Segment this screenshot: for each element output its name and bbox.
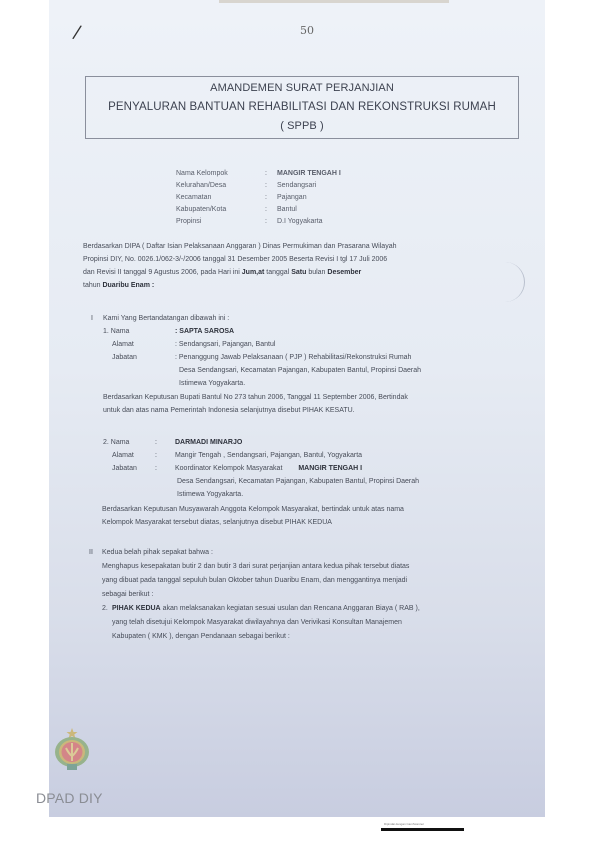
preamble-line-4: tahun Duaribu Enam :	[83, 281, 154, 291]
province-value: D.I Yogyakarta	[277, 218, 323, 225]
preamble-date: Satu	[291, 269, 306, 276]
preamble-line-3: dan Revisi II tanggal 9 Agustus 2006, pa…	[83, 268, 361, 278]
village-label: Kelurahan/Desa	[176, 182, 226, 189]
party-1-address: : Sendangsari, Pajangan, Bantul	[175, 340, 275, 350]
village-sep: :	[265, 182, 267, 189]
party-2-position-label: Jabatan	[112, 464, 137, 474]
item-2-number: 2.	[102, 604, 108, 614]
section-2-intro: Kedua belah pihak sepakat bahwa :	[102, 548, 213, 558]
preamble-text: tahun	[83, 282, 102, 289]
party-2-position-text: Koordinator Kelompok Masyarakat	[175, 465, 282, 472]
regency-label: Kabupaten/Kota	[176, 206, 226, 213]
page-number: 50	[300, 24, 314, 37]
district-sep: :	[265, 194, 267, 201]
section-2-para-line-1: Menghapus kesepakatan butir 2 dan butir …	[102, 562, 409, 572]
party-2-sep: :	[155, 438, 157, 448]
preamble-year: Duaribu Enam :	[102, 282, 154, 289]
party-1-position-line-3: Istimewa Yogyakarta.	[179, 379, 245, 389]
title-line-1: AMANDEMEN SURAT PERJANJIAN	[86, 79, 518, 98]
party-1-position-line-1: : Penanggung Jawab Pelaksanaan ( PJP ) R…	[175, 353, 411, 363]
section-2-para-line-3: sebagai berikut :	[102, 590, 153, 600]
group-label: Nama Kelompok	[176, 170, 228, 177]
party-1-address-label: Alamat	[112, 340, 134, 350]
preamble-month: Desember	[327, 269, 361, 276]
village-value: Sendangsari	[277, 182, 316, 189]
preamble-line-1: Berdasarkan DIPA ( Daftar Isian Pelaksan…	[83, 242, 396, 252]
item-2-line-3: Kabupaten ( KMK ), dengan Pendanaan seba…	[112, 632, 290, 642]
party-2-position-line-2: Desa Sendangsari, Kecamatan Pajangan, Ka…	[177, 477, 419, 487]
party-2-address: Mangir Tengah , Sendangsari, Pajangan, B…	[175, 451, 362, 461]
party-2-sep: :	[155, 451, 157, 461]
item-2-line-1: PIHAK KEDUA akan melaksanakan kegiatan s…	[112, 604, 420, 614]
preamble-text: bulan	[306, 269, 327, 276]
item-2-party: PIHAK KEDUA	[112, 605, 161, 612]
province-label: Propinsi	[176, 218, 201, 225]
section-1-numeral: I	[91, 314, 93, 324]
section-2-para-line-2: yang dibuat pada tanggal sepuluh bulan O…	[102, 576, 407, 586]
footer-rule	[381, 828, 464, 831]
party-1-position-label: Jabatan	[112, 353, 137, 363]
paper-edge	[219, 0, 449, 3]
item-2-text: akan melaksanakan kegiatan sesuai usulan…	[161, 605, 420, 612]
party-1-basis-line-1: Berdasarkan Keputusan Bupati Bantul No 2…	[103, 393, 408, 403]
group-value: MANGIR TENGAH I	[277, 170, 341, 177]
title-line-3: ( SPPB )	[86, 117, 518, 136]
party-2-name-label: 2. Nama	[103, 438, 129, 448]
title-line-2: PENYALURAN BANTUAN REHABILITASI DAN REKO…	[86, 98, 518, 117]
party-2-position-line-1: Koordinator Kelompok Masyarakat MANGIR T…	[175, 464, 362, 474]
party-1-position-line-2: Desa Sendangsari, Kecamatan Pajangan, Ka…	[179, 366, 421, 376]
party-2-address-label: Alamat	[112, 451, 134, 461]
preamble-text: tanggal	[264, 269, 291, 276]
party-1-basis-line-2: untuk dan atas nama Pemerintah Indonesia…	[103, 406, 355, 416]
district-label: Kecamatan	[176, 194, 211, 201]
document-title-box: AMANDEMEN SURAT PERJANJIAN PENYALURAN BA…	[85, 76, 519, 139]
party-2-position-group: MANGIR TENGAH I	[298, 465, 362, 472]
preamble-day: Jum,at	[242, 269, 265, 276]
coat-of-arms-icon	[52, 728, 92, 772]
regency-value: Bantul	[277, 206, 297, 213]
party-2-name: DARMADI MINARJO	[175, 438, 242, 448]
party-2-basis-line-1: Berdasarkan Keputusan Musyawarah Anggota…	[102, 505, 404, 515]
preamble-line-2: Propinsi DIY, No. 0026.1/062-3/-/2006 ta…	[83, 255, 387, 265]
watermark-text: DPAD DIY	[36, 790, 103, 806]
section-1-intro: Kami Yang Bertandatangan dibawah ini :	[103, 314, 229, 324]
item-2-line-2: yang telah disetujui Kelompok Masyarakat…	[112, 618, 402, 628]
party-1-name-label: 1. Nama	[103, 327, 129, 337]
province-sep: :	[265, 218, 267, 225]
party-2-position-line-3: Istimewa Yogyakarta.	[177, 490, 243, 500]
scanner-caption: Dipindai dengan CamScanner	[384, 822, 424, 826]
group-sep: :	[265, 170, 267, 177]
regency-sep: :	[265, 206, 267, 213]
section-2-numeral: II	[89, 548, 93, 558]
party-2-sep: :	[155, 464, 157, 474]
party-2-basis-line-2: Kelompok Masyarakat tersebut diatas, sel…	[102, 518, 332, 528]
preamble-text: dan Revisi II tanggal 9 Agustus 2006, pa…	[83, 269, 242, 276]
party-1-name: : SAPTA SAROSA	[175, 327, 234, 337]
district-value: Pajangan	[277, 194, 307, 201]
